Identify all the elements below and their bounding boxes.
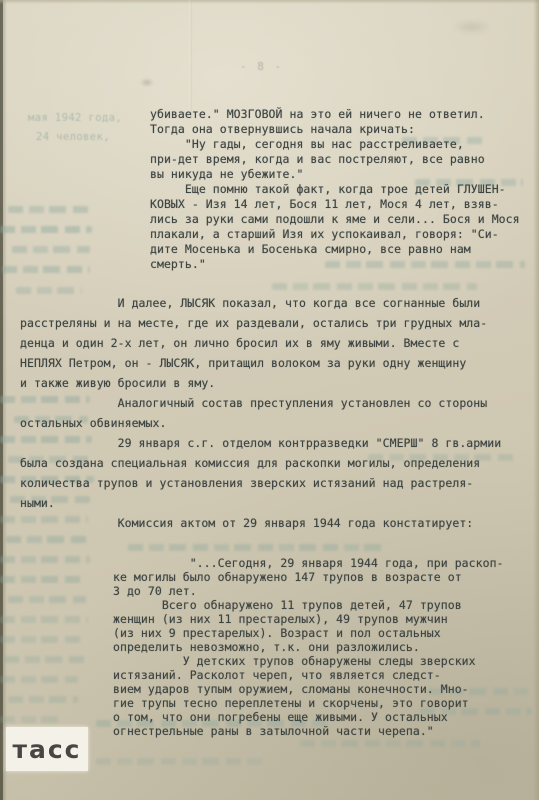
ghost-text-line	[4, 656, 88, 663]
paper-stain	[140, 78, 154, 87]
ghost-text-line	[128, 544, 383, 551]
ghost-text-line	[300, 740, 480, 747]
ghost-text-line	[0, 636, 80, 643]
ghost-text-line	[0, 616, 88, 623]
page-number: - 8 -	[240, 60, 283, 73]
paper-stain	[452, 20, 492, 34]
ghost-text-line	[8, 206, 92, 213]
scan-top-edge	[0, 0, 539, 4]
ghost-text-line	[12, 246, 90, 253]
scan-right-edge	[533, 0, 539, 800]
ghost-text-line	[0, 576, 86, 583]
scanned-document-page: мая 1942 года,24 человек, - 8 - убиваете…	[0, 0, 539, 800]
ghost-text-fragment: 24 человек,	[36, 131, 110, 143]
main-text-block: И далее, ЛЫСЯК показал, что когда все со…	[20, 293, 501, 533]
ghost-text-line	[0, 226, 92, 233]
scan-left-edge	[0, 0, 7, 800]
ghost-text-line	[272, 283, 477, 290]
ghost-text-line	[0, 556, 90, 563]
ghost-text-line	[8, 596, 86, 603]
tass-logo-text: тасс	[13, 737, 82, 762]
testimony-quote-block: убиваете." МОЗГОВОЙ на это ей ничего не …	[150, 107, 520, 272]
ghost-text-line	[0, 676, 78, 683]
tass-watermark: тасс	[6, 727, 88, 771]
paper-crease	[189, 0, 192, 118]
ghost-text-line	[96, 758, 266, 765]
ghost-text-line	[0, 716, 60, 723]
ghost-text-line	[8, 696, 78, 703]
ghost-text-line	[6, 536, 90, 543]
ghost-text-fragment: мая 1942 года,	[28, 112, 122, 124]
ghost-text-line	[2, 266, 90, 273]
commission-act-quote-block: "...Сегодня, 29 января 1944 года, при ра…	[113, 556, 504, 738]
